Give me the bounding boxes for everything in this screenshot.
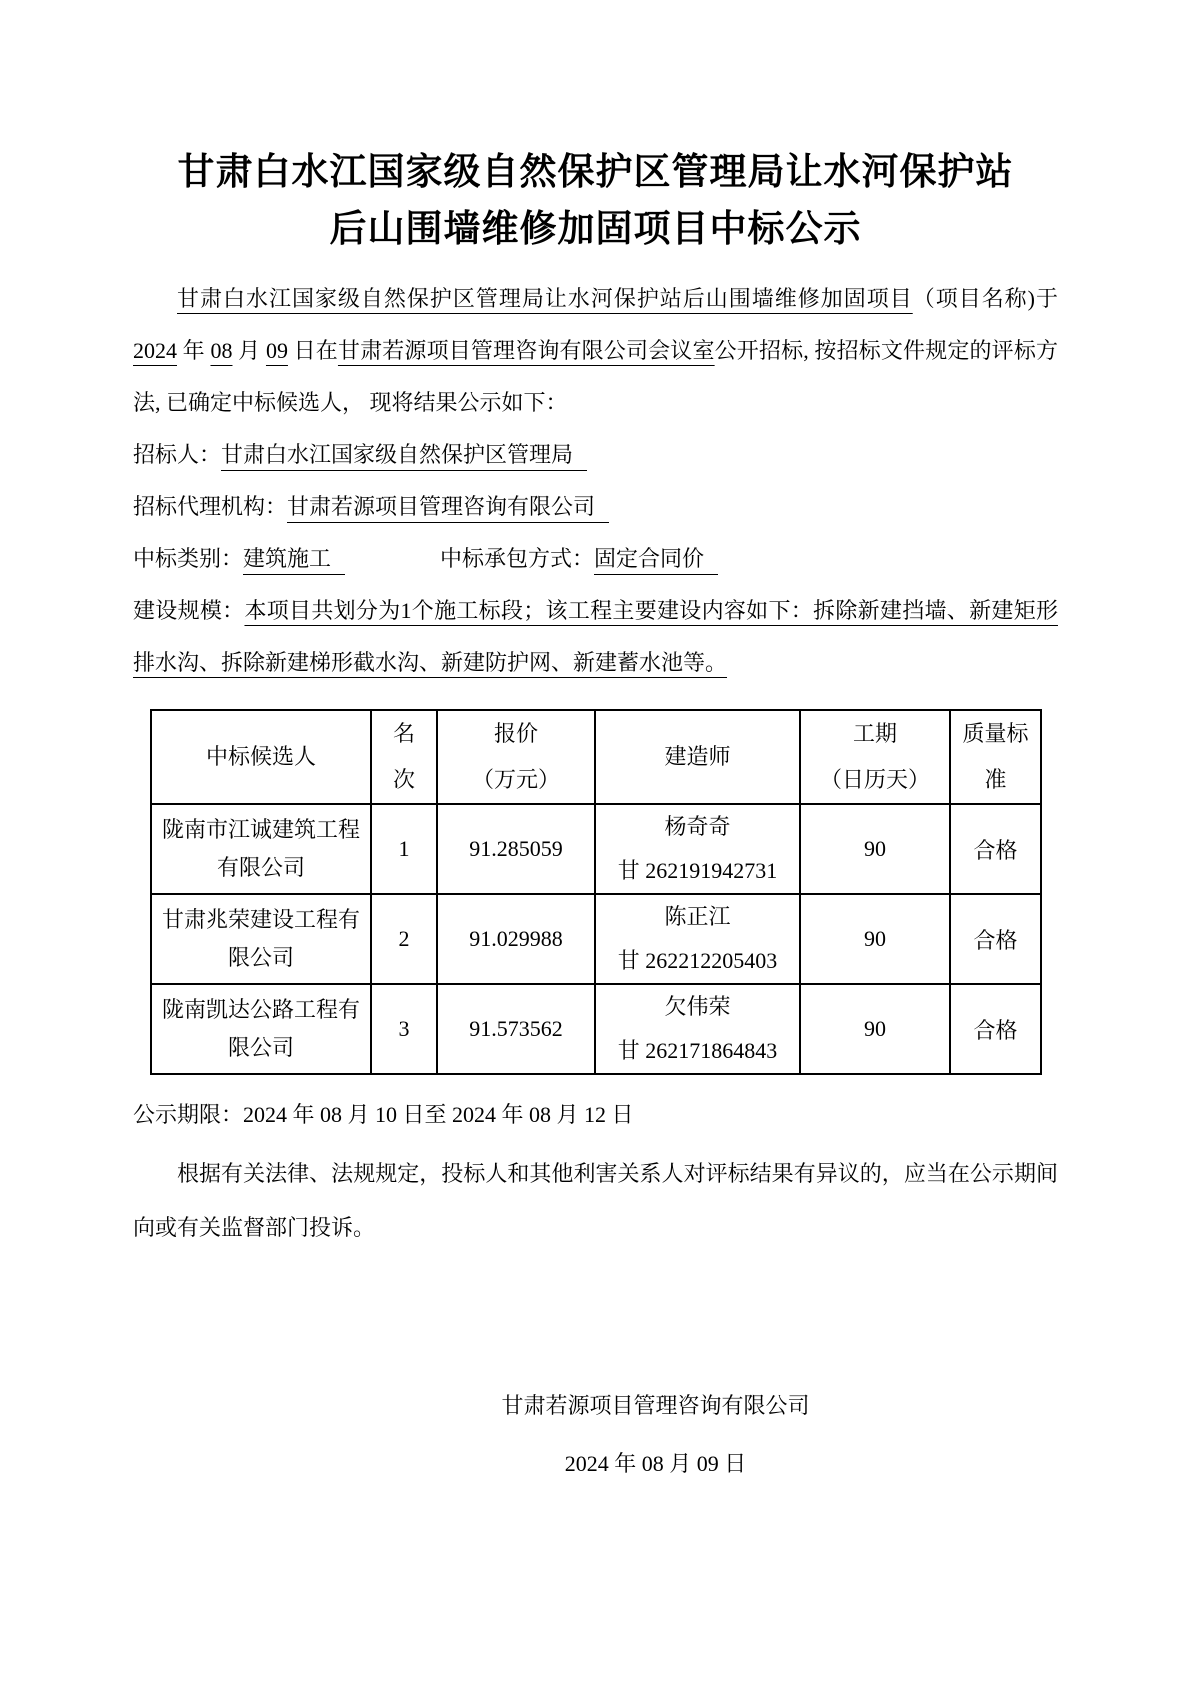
cell-quality: 合格 — [950, 804, 1041, 894]
builder-name: 杨奇奇 — [596, 805, 799, 849]
agency-label: 招标代理机构： — [133, 494, 287, 519]
intro-year: 2024 — [133, 338, 177, 363]
table-body: 陇南市江诚建筑工程有限公司 1 91.285059 杨奇奇 甘 26219194… — [151, 804, 1041, 1074]
signature-agency: 甘肃若源项目管理咨询有限公司 — [193, 1380, 1118, 1432]
contract-label: 中标承包方式： — [440, 546, 594, 571]
document-page: 甘肃白水江国家级自然保护区管理局让水河保护站 后山围墙维修加固项目中标公示 甘肃… — [0, 0, 1191, 1684]
intro-month-unit: 月 — [232, 338, 265, 363]
title-line-1: 甘肃白水江国家级自然保护区管理局让水河保护站 — [133, 143, 1058, 200]
intro-year-unit: 年 — [177, 338, 210, 363]
cell-company: 陇南凯达公路工程有限公司 — [151, 984, 371, 1074]
scale-label: 建设规模： — [133, 598, 244, 623]
table-row: 陇南凯达公路工程有限公司 3 91.573562 欠伟荣 甘 262171864… — [151, 984, 1041, 1074]
contract-value: 固定合同价 — [594, 546, 718, 575]
builder-cert: 甘 262171864843 — [596, 1029, 799, 1073]
signature-block: 甘肃若源项目管理咨询有限公司 2024 年 08 月 09 日 — [193, 1380, 1118, 1490]
category-label: 中标类别： — [133, 546, 243, 571]
tenderer-label: 招标人： — [133, 442, 221, 467]
title-line-2: 后山围墙维修加固项目中标公示 — [133, 200, 1058, 257]
header-candidate: 中标候选人 — [151, 710, 371, 804]
builder-name: 欠伟荣 — [596, 985, 799, 1029]
page-title: 甘肃白水江国家级自然保护区管理局让水河保护站 后山围墙维修加固项目中标公示 — [133, 143, 1058, 257]
cell-price: 91.573562 — [437, 984, 595, 1074]
signature-date: 2024 年 08 月 09 日 — [193, 1438, 1118, 1490]
intro-day: 09 — [266, 338, 288, 363]
cell-quality: 合格 — [950, 894, 1041, 984]
builder-cert: 甘 262191942731 — [596, 849, 799, 893]
tenderer-field: 招标人：甘肃白水江国家级自然保护区管理局 — [133, 429, 1058, 481]
builder-name: 陈正江 — [596, 895, 799, 939]
cell-builder: 杨奇奇 甘 262191942731 — [595, 804, 800, 894]
header-builder: 建造师 — [595, 710, 800, 804]
intro-month: 08 — [210, 338, 232, 363]
cell-rank: 3 — [371, 984, 437, 1074]
cell-builder: 欠伟荣 甘 262171864843 — [595, 984, 800, 1074]
scale-value: 本项目共划分为1个施工标段；该工程主要建设内容如下：拆除新建挡墙、新建矩形排水沟… — [133, 598, 1058, 675]
builder-cert: 甘 262212205403 — [596, 939, 799, 983]
category-value: 建筑施工 — [243, 546, 345, 575]
tenderer-value: 甘肃白水江国家级自然保护区管理局 — [221, 442, 587, 471]
intro-day-unit: 日在 — [288, 338, 338, 363]
legal-paragraph: 根据有关法律、法规规定，投标人和其他利害关系人对评标结果有异议的，应当在公示期间… — [133, 1147, 1058, 1255]
cell-rank: 1 — [371, 804, 437, 894]
cell-price: 91.285059 — [437, 804, 595, 894]
header-quality: 质量标 准 — [950, 710, 1041, 804]
cell-rank: 2 — [371, 894, 437, 984]
cell-builder: 陈正江 甘 262212205403 — [595, 894, 800, 984]
cell-quality: 合格 — [950, 984, 1041, 1074]
agency-field: 招标代理机构：甘肃若源项目管理咨询有限公司 — [133, 481, 1058, 533]
agency-value: 甘肃若源项目管理咨询有限公司 — [287, 494, 609, 523]
intro-venue: 甘肃若源项目管理咨询有限公司会议室 — [338, 338, 715, 363]
category-contract-field: 中标类别：建筑施工中标承包方式：固定合同价 — [133, 533, 1058, 585]
table-header: 中标候选人 名 次 报价 （万元） 建造师 工期 （日历天） 质量标 准 — [151, 710, 1041, 804]
intro-paragraph: 甘肃白水江国家级自然保护区管理局让水河保护站后山围墙维修加固项目（项目名称)于 … — [133, 273, 1058, 429]
table-row: 甘肃兆荣建设工程有限公司 2 91.029988 陈正江 甘 262212205… — [151, 894, 1041, 984]
cell-duration: 90 — [800, 894, 950, 984]
header-rank: 名 次 — [371, 710, 437, 804]
header-duration: 工期 （日历天） — [800, 710, 950, 804]
header-row: 中标候选人 名 次 报价 （万元） 建造师 工期 （日历天） 质量标 准 — [151, 710, 1041, 804]
publicity-period: 公示期限：2024 年 08 月 10 日至 2024 年 08 月 12 日 — [133, 1089, 1058, 1141]
bid-candidates-table: 中标候选人 名 次 报价 （万元） 建造师 工期 （日历天） 质量标 准 陇南市… — [150, 709, 1042, 1075]
cell-company: 甘肃兆荣建设工程有限公司 — [151, 894, 371, 984]
intro-after-name: （项目名称)于 — [913, 286, 1058, 311]
cell-company: 陇南市江诚建筑工程有限公司 — [151, 804, 371, 894]
cell-price: 91.029988 — [437, 894, 595, 984]
cell-duration: 90 — [800, 984, 950, 1074]
cell-duration: 90 — [800, 804, 950, 894]
header-price: 报价 （万元） — [437, 710, 595, 804]
scale-field: 建设规模：本项目共划分为1个施工标段；该工程主要建设内容如下：拆除新建挡墙、新建… — [133, 585, 1058, 689]
project-name: 甘肃白水江国家级自然保护区管理局让水河保护站后山围墙维修加固项目 — [177, 286, 913, 311]
table-row: 陇南市江诚建筑工程有限公司 1 91.285059 杨奇奇 甘 26219194… — [151, 804, 1041, 894]
